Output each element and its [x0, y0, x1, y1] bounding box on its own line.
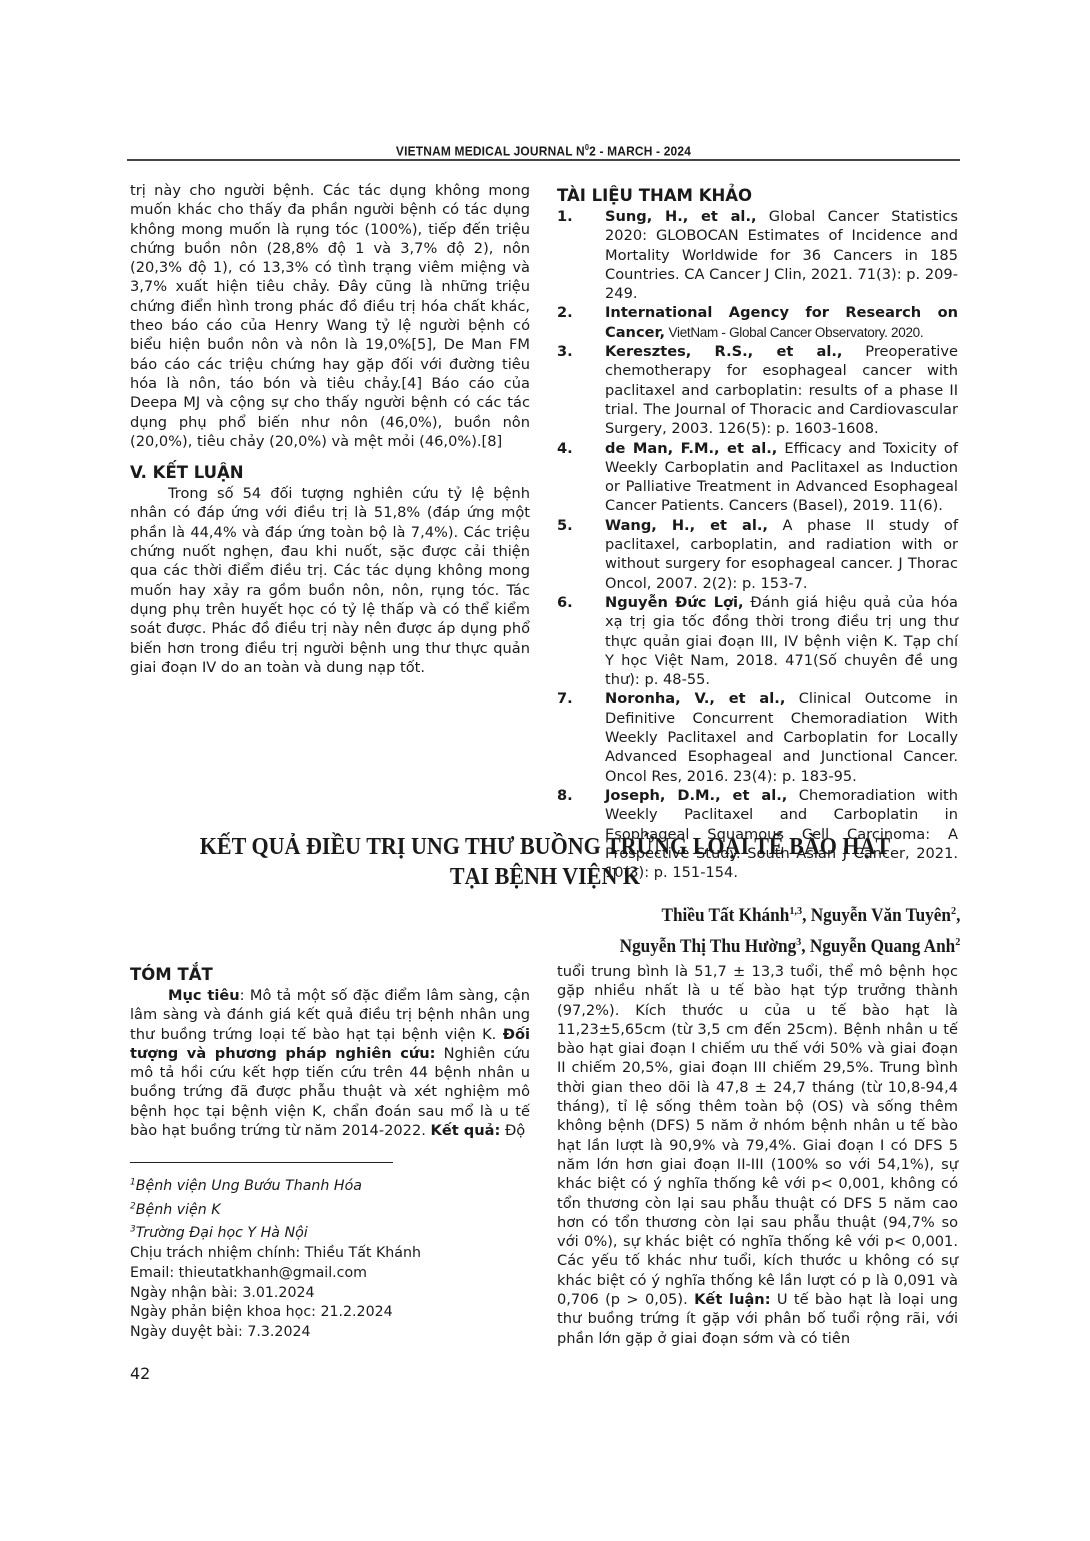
- affiliation-text: Bệnh viện K: [136, 1202, 221, 1218]
- affiliation-text: Trường Đại học Y Hà Nội: [136, 1225, 308, 1241]
- article-title: KẾT QUẢ ĐIỀU TRỊ UNG THƯ BUỒNG TRỨNG LOẠ…: [172, 832, 919, 892]
- reference-authors: Keresztes, R.S., et al.,: [605, 343, 842, 360]
- date-received: Ngày nhận bài: 3.01.2024: [130, 1284, 530, 1304]
- affiliation-text: Bệnh viện Ung Bướu Thanh Hóa: [136, 1178, 362, 1194]
- author-affiliation: 2: [951, 905, 956, 917]
- affiliation-3: 3Trường Đại học Y Hà Nội: [130, 1220, 530, 1244]
- corresponding-author: Chịu trách nhiệm chính: Thiều Tất Khánh: [130, 1244, 530, 1264]
- reference-number: 4.: [557, 439, 573, 458]
- author-separator: ,: [956, 906, 960, 926]
- references-list: 1.Sung, H., et al., Global Cancer Statis…: [557, 207, 958, 882]
- abstract-right-column: tuổi trung bình là 51,7 ± 13,3 tuổi, thể…: [557, 962, 958, 1348]
- reference-authors: Sung, H., et al.,: [605, 208, 757, 225]
- reference-text: VietNam - Global Cancer Observatory. 202…: [665, 325, 923, 340]
- objective-label: Mục tiêu: [168, 987, 240, 1004]
- reference-authors: de Man, F.M., et al.,: [605, 440, 777, 457]
- date-accepted: Ngày duyệt bài: 7.3.2024: [130, 1323, 530, 1343]
- article-title-line-2: TẠI BỆNH VIỆN K: [172, 862, 919, 892]
- author-name: Nguyễn Văn Tuyên: [810, 906, 950, 926]
- journal-issue-date: 2 - MARCH - 2024: [589, 143, 691, 158]
- abstract-left-column: TÓM TẮT Mục tiêu: Mô tả một số đặc điểm …: [130, 964, 530, 1343]
- reference-authors: Nguyễn Đức Lợi,: [605, 594, 744, 611]
- reference-item: 2.International Agency for Research on C…: [557, 303, 958, 342]
- reference-number: 6.: [557, 593, 573, 612]
- header-divider: [127, 159, 960, 161]
- authors-line-1: Thiều Tất Khánh1,3, Nguyễn Văn Tuyên2,: [619, 898, 960, 929]
- discussion-paragraph: trị này cho người bệnh. Các tác dụng khô…: [130, 181, 530, 451]
- reference-authors: Joseph, D.M., et al.,: [605, 787, 787, 804]
- author-separator: ,: [801, 937, 810, 957]
- reference-item: 3.Keresztes, R.S., et al., Preoperative …: [557, 342, 958, 438]
- results-text: Độ: [500, 1122, 525, 1139]
- reference-item: 7.Noronha, V., et al., Clinical Outcome …: [557, 689, 958, 785]
- reference-number: 7.: [557, 689, 573, 708]
- affiliation-1: 1Bệnh viện Ung Bướu Thanh Hóa: [130, 1173, 530, 1197]
- abstract-paragraph: Mục tiêu: Mô tả một số đặc điểm lâm sàng…: [130, 986, 530, 1140]
- reference-number: 1.: [557, 207, 573, 226]
- results-label: Kết quả:: [431, 1122, 501, 1139]
- author-email: Email: thieutatkhanh@gmail.com: [130, 1264, 530, 1284]
- reference-item: 6.Nguyễn Đức Lợi, Đánh giá hiệu quả của …: [557, 593, 958, 689]
- reference-number: 2.: [557, 303, 573, 322]
- journal-name: VIETNAM MEDICAL JOURNAL N: [396, 143, 585, 158]
- author-affiliation: 2: [955, 936, 960, 948]
- author-separator: ,: [802, 906, 811, 926]
- affiliation-2: 2Bệnh viện K: [130, 1197, 530, 1221]
- reference-number: 3.: [557, 342, 573, 361]
- footnotes: 1Bệnh viện Ung Bướu Thanh Hóa 2Bệnh viện…: [130, 1173, 530, 1343]
- conclusion-heading: V. KẾT LUẬN: [130, 462, 530, 484]
- references-heading: TÀI LIỆU THAM KHẢO: [557, 185, 958, 207]
- references-section: TÀI LIỆU THAM KHẢO 1.Sung, H., et al., G…: [557, 185, 958, 882]
- authors-line-2: Nguyễn Thị Thu Hường3, Nguyễn Quang Anh2: [619, 929, 960, 960]
- abstract-continued-paragraph: tuổi trung bình là 51,7 ± 13,3 tuổi, thể…: [557, 962, 958, 1348]
- reference-item: 5.Wang, H., et al., A phase II study of …: [557, 516, 958, 593]
- conclusion-label: Kết luận:: [694, 1291, 770, 1308]
- conclusion-paragraph: Trong số 54 đối tượng nghiên cứu tỷ lệ b…: [130, 484, 530, 677]
- article-authors: Thiều Tất Khánh1,3, Nguyễn Văn Tuyên2, N…: [619, 898, 960, 960]
- reference-number: 5.: [557, 516, 573, 535]
- journal-header: VIETNAM MEDICAL JOURNAL N02 - MARCH - 20…: [160, 143, 926, 158]
- article-title-line-1: KẾT QUẢ ĐIỀU TRỊ UNG THƯ BUỒNG TRỨNG LOẠ…: [172, 832, 919, 862]
- author-affiliation: 1,3: [789, 905, 802, 917]
- results-text-continued: tuổi trung bình là 51,7 ± 13,3 tuổi, thể…: [557, 963, 958, 1308]
- author-name: Thiều Tất Khánh: [661, 906, 789, 926]
- footnote-divider: [130, 1162, 393, 1163]
- left-column-top: trị này cho người bệnh. Các tác dụng khô…: [130, 181, 530, 677]
- reference-number: 8.: [557, 786, 573, 805]
- author-name: Nguyễn Quang Anh: [810, 937, 955, 957]
- date-reviewed: Ngày phản biện khoa học: 21.2.2024: [130, 1303, 530, 1323]
- reference-item: 1.Sung, H., et al., Global Cancer Statis…: [557, 207, 958, 303]
- reference-authors: Wang, H., et al.,: [605, 517, 768, 534]
- page-number: 42: [130, 1364, 150, 1383]
- reference-item: 4.de Man, F.M., et al., Efficacy and Tox…: [557, 439, 958, 516]
- reference-authors: Noronha, V., et al.,: [605, 690, 785, 707]
- author-name: Nguyễn Thị Thu Hường: [619, 937, 796, 957]
- abstract-heading: TÓM TẮT: [130, 964, 530, 986]
